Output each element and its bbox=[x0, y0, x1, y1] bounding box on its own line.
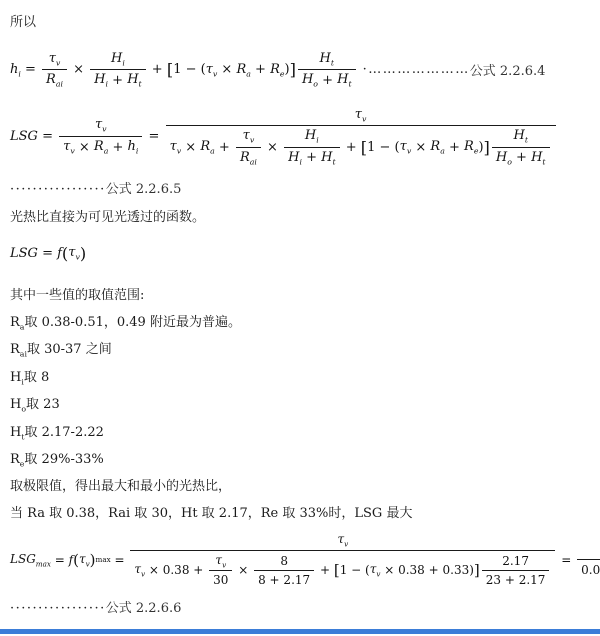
formula-2-2-6-4: hi = τvRai × HiHi + Ht + [1 − (τv × Ra +… bbox=[10, 51, 594, 89]
math-text: × 0.38 + bbox=[145, 563, 207, 577]
math-row: hi = τvRai × HiHi + Ht + [1 − (τv × Ra +… bbox=[10, 51, 545, 89]
math-var: LSGmax bbox=[10, 552, 51, 568]
math-subscript: i bbox=[136, 146, 139, 155]
math-text: 1 − ( bbox=[173, 62, 206, 77]
math-text: × 0.38 + 0.33) bbox=[380, 563, 474, 577]
fraction-numerator: τv bbox=[91, 117, 111, 135]
math-text: ] bbox=[290, 60, 296, 79]
math-var: Ra bbox=[430, 139, 444, 155]
variable-hi: Hi bbox=[10, 370, 24, 385]
value-line-ra: Ra取 0.38-0.51，0.49 附近最为普遍。 bbox=[10, 314, 594, 331]
math-var: Ra bbox=[10, 315, 24, 330]
math-subscript: v bbox=[362, 114, 366, 123]
math-fraction: τv0.0578 + 0.37344τv bbox=[577, 542, 600, 578]
math-text: + bbox=[318, 73, 337, 88]
fraction-numerator: τv bbox=[239, 128, 259, 146]
fraction-denominator: 30 bbox=[209, 570, 232, 587]
fraction-numerator: τv bbox=[45, 51, 65, 69]
math-row: Hi + Ht bbox=[288, 150, 336, 166]
value-line-ht: Ht取 2.17-2.22 bbox=[10, 424, 594, 441]
dots-leader: ················· bbox=[10, 601, 106, 616]
math-subscript: v bbox=[344, 540, 348, 549]
math-var: hi bbox=[10, 62, 21, 78]
fraction-denominator: τv × 0.38 + τv30 × 88 + 2.17 + [1 − (τv … bbox=[130, 550, 555, 588]
formula-2-2-6-5: LSG = τvτv × Ra + hi = τvτv × Ra + τvRai… bbox=[10, 107, 594, 166]
math-var: Re bbox=[464, 139, 478, 155]
math-text: + bbox=[215, 140, 234, 155]
math-fraction: HiHi + Ht bbox=[284, 128, 340, 166]
math-subscript: v bbox=[102, 125, 106, 134]
math-var: Hi bbox=[94, 72, 108, 88]
variable-ra: Ra bbox=[10, 315, 24, 330]
value-text: 取 8 bbox=[24, 370, 49, 385]
math-row: 0.0578 + 0.37344τv bbox=[581, 562, 600, 578]
math-var: Ho bbox=[496, 150, 512, 166]
math-fraction: τvRai bbox=[42, 51, 67, 89]
math-subscript: i bbox=[316, 136, 319, 145]
fraction-numerator: τv bbox=[334, 532, 353, 550]
math-var: Ho bbox=[302, 72, 318, 88]
math-text: + bbox=[302, 150, 321, 165]
value-text: 取 2.17-2.22 bbox=[24, 425, 103, 440]
math-subscript: t bbox=[139, 80, 142, 89]
math-row: Hi + Ht bbox=[94, 72, 142, 88]
math-text: + bbox=[316, 563, 334, 577]
math-text: 0.0578 + 0.37344 bbox=[581, 563, 600, 577]
math-fraction: τvτv × 0.38 + τv30 × 88 + 2.17 + [1 − (τ… bbox=[130, 532, 555, 587]
math-var: Re bbox=[270, 62, 284, 78]
math-var: τv bbox=[79, 552, 90, 568]
document-page: 所以 hi = τvRai × HiHi + Ht + [1 − (τv × R… bbox=[0, 0, 600, 636]
math-text: = bbox=[38, 246, 57, 261]
formula-lsg-function: LSG = f(τv) bbox=[10, 244, 594, 263]
math-var: LSG bbox=[10, 129, 38, 144]
math-fraction: τv30 bbox=[209, 553, 232, 588]
math-text: + bbox=[512, 150, 531, 165]
math-var: Rai bbox=[10, 342, 27, 357]
math-var: τv bbox=[49, 51, 61, 67]
dots-leader: ················· bbox=[10, 182, 106, 197]
fraction-denominator: Rai bbox=[236, 147, 261, 166]
paragraph-guangrebi: 光热比直接为可见光透过的函数。 bbox=[10, 209, 594, 226]
math-row: τv × Ra + hi bbox=[63, 139, 138, 155]
paragraph-dang: 当 Ra 取 0.38，Rai 取 30，Ht 取 2.17，Re 取 33%时… bbox=[10, 505, 594, 522]
dots-leader: ·………………… bbox=[363, 62, 470, 77]
math-var: τv bbox=[355, 107, 367, 123]
fraction-denominator: τv × Ra + τvRai × HiHi + Ht + [1 − (τv ×… bbox=[166, 125, 556, 166]
fraction-numerator: Ht bbox=[316, 51, 338, 69]
label-2-2-6-6: ·················公式 2.2.6.6 bbox=[10, 597, 594, 616]
math-var: Rai bbox=[240, 150, 257, 166]
math-var: hi bbox=[128, 139, 139, 155]
math-var: τv bbox=[63, 139, 75, 155]
math-text: + bbox=[251, 62, 270, 77]
math-fraction: τvτv × Ra + hi bbox=[59, 117, 142, 155]
math-var: Ra bbox=[236, 62, 250, 78]
formula-label: 公式 2.2.6.6 bbox=[106, 601, 182, 616]
math-text: × bbox=[181, 140, 200, 155]
math-text: 2.17 bbox=[502, 554, 529, 568]
math-row: τv × 0.38 + τv30 × 88 + 2.17 + [1 − (τv … bbox=[134, 553, 551, 588]
math-subscript: i bbox=[122, 59, 125, 68]
math-text: + bbox=[342, 140, 361, 155]
math-text: ] bbox=[484, 138, 490, 157]
math-text: 1 − ( bbox=[340, 563, 370, 577]
math-fraction: HiHi + Ht bbox=[90, 51, 146, 89]
value-text: 取 29%-33% bbox=[24, 452, 103, 467]
math-subscript: t bbox=[332, 157, 335, 166]
math-text: × bbox=[234, 563, 252, 577]
math-fraction: HtHo + Ht bbox=[298, 51, 356, 89]
math-var: Ht bbox=[531, 150, 545, 166]
math-var: Re bbox=[10, 452, 24, 467]
math-var: Ht bbox=[127, 72, 141, 88]
math-var: τv bbox=[338, 532, 349, 548]
math-text: × bbox=[217, 62, 236, 77]
math-var: τv bbox=[68, 245, 80, 261]
math-text: = bbox=[144, 129, 163, 144]
math-var: Ht bbox=[321, 150, 335, 166]
math-var: Ht bbox=[337, 72, 351, 88]
math-text: = bbox=[111, 553, 129, 567]
math-text: × bbox=[75, 140, 94, 155]
math-text: × bbox=[263, 140, 282, 155]
math-var: LSG bbox=[10, 246, 38, 261]
math-fraction: 2.1723 + 2.17 bbox=[482, 554, 550, 587]
math-text: × bbox=[69, 62, 88, 77]
fraction-denominator: Hi + Ht bbox=[284, 147, 340, 166]
fraction-denominator: τv × Ra + hi bbox=[59, 136, 142, 155]
math-fraction: 88 + 2.17 bbox=[254, 554, 314, 587]
math-text: = bbox=[38, 129, 57, 144]
math-var: Ht bbox=[320, 51, 334, 67]
math-text: ) bbox=[80, 244, 86, 263]
paragraph-qizhong: 其中一些值的取值范围: bbox=[10, 287, 594, 304]
value-line-re: Re取 29%-33% bbox=[10, 451, 594, 468]
math-var: Ra bbox=[94, 139, 108, 155]
math-subscript: t bbox=[525, 136, 528, 145]
math-var: Hi bbox=[305, 128, 319, 144]
value-text: 取 23 bbox=[26, 397, 60, 412]
value-line-ho: Ho取 23 bbox=[10, 396, 594, 413]
math-text: 8 + 2.17 bbox=[258, 573, 310, 587]
math-row: Ho + Ht bbox=[302, 72, 352, 88]
value-text: 取 0.38-0.51，0.49 附近最为普遍。 bbox=[24, 315, 241, 330]
math-text: × bbox=[411, 140, 430, 155]
math-var: τv bbox=[370, 562, 381, 578]
math-row: Ho + Ht bbox=[496, 150, 546, 166]
variable-rai: Rai bbox=[10, 342, 27, 357]
formula-label: 公式 2.2.6.5 bbox=[106, 182, 182, 197]
math-var: τv bbox=[243, 128, 255, 144]
math-subscript: t bbox=[331, 59, 334, 68]
label-2-2-6-5: ·················公式 2.2.6.5 bbox=[10, 178, 594, 197]
math-row: LSG = f(τv) bbox=[10, 244, 86, 263]
paragraph-qujixian: 取极限值，得出最大和最小的光热比， bbox=[10, 478, 594, 495]
math-row: LSGmax = f(τv)max = τvτv × 0.38 + τv30 ×… bbox=[10, 532, 600, 587]
variable-re: Re bbox=[10, 452, 24, 467]
bottom-accent-bar bbox=[0, 629, 600, 634]
fraction-numerator: 8 bbox=[276, 554, 292, 570]
math-var: τv bbox=[206, 62, 218, 78]
fraction-denominator: Rai bbox=[42, 69, 67, 88]
math-row: τv × Ra + τvRai × HiHi + Ht + [1 − (τv ×… bbox=[170, 128, 552, 166]
math-var: Ht bbox=[10, 425, 24, 440]
fraction-denominator: Ho + Ht bbox=[298, 69, 356, 88]
value-text: 取 30-37 之间 bbox=[27, 342, 112, 357]
math-var: Ht bbox=[513, 128, 527, 144]
fraction-numerator: 2.17 bbox=[498, 554, 533, 570]
formula-label: 公式 2.2.6.4 bbox=[470, 60, 546, 79]
math-text: + bbox=[108, 140, 127, 155]
fraction-denominator: 8 + 2.17 bbox=[254, 570, 314, 587]
math-text: = bbox=[21, 62, 40, 77]
math-var: τv bbox=[215, 553, 226, 569]
variable-ht: Ht bbox=[10, 425, 24, 440]
math-var: τv bbox=[400, 139, 412, 155]
math-subscript: t bbox=[542, 157, 545, 166]
math-fraction: HtHo + Ht bbox=[492, 128, 550, 166]
math-var: τv bbox=[170, 139, 182, 155]
fraction-denominator: Ho + Ht bbox=[492, 147, 550, 166]
math-text: + bbox=[108, 73, 127, 88]
math-subscript: v bbox=[56, 59, 60, 68]
variable-ho: Ho bbox=[10, 397, 26, 412]
math-text: = bbox=[51, 553, 69, 567]
math-text: + bbox=[148, 62, 167, 77]
fraction-denominator: 0.0578 + 0.37344τv bbox=[577, 559, 600, 578]
math-text: ] bbox=[474, 561, 480, 579]
math-subscript: v bbox=[222, 560, 226, 569]
fraction-numerator: Hi bbox=[301, 128, 323, 146]
math-var: Ho bbox=[10, 397, 26, 412]
math-var: τv bbox=[95, 117, 107, 133]
math-row: LSG = τvτv × Ra + hi = τvτv × Ra + τvRai… bbox=[10, 107, 558, 166]
formula-2-2-6-6: LSGmax = f(τv)max = τvτv × 0.38 + τv30 ×… bbox=[10, 532, 594, 587]
math-text: 23 + 2.17 bbox=[486, 573, 546, 587]
math-var: Hi bbox=[111, 51, 125, 67]
math-text: 30 bbox=[213, 573, 228, 587]
fraction-denominator: 23 + 2.17 bbox=[482, 570, 550, 587]
math-subscript: ai bbox=[250, 157, 257, 166]
math-var: Hi bbox=[288, 150, 302, 166]
math-subscript: max bbox=[36, 559, 51, 568]
math-text: + bbox=[445, 140, 464, 155]
fraction-denominator: Hi + Ht bbox=[90, 69, 146, 88]
math-text: 1 − ( bbox=[367, 140, 400, 155]
math-fraction: τvτv × Ra + τvRai × HiHi + Ht + [1 − (τv… bbox=[166, 107, 556, 166]
math-subscript: ai bbox=[56, 80, 63, 89]
value-line-hi: Hi取 8 bbox=[10, 369, 594, 386]
math-subscript: t bbox=[349, 80, 352, 89]
fraction-numerator: τv bbox=[351, 107, 371, 125]
math-fraction: τvRai bbox=[236, 128, 261, 166]
fraction-numerator: τv bbox=[211, 553, 230, 571]
math-text: 8 bbox=[280, 554, 288, 568]
math-subscript: ai bbox=[20, 350, 27, 359]
fraction-numerator: Ht bbox=[509, 128, 531, 146]
math-var: Rai bbox=[46, 72, 63, 88]
math-var: Hi bbox=[10, 370, 24, 385]
paragraph-suoyi: 所以 bbox=[10, 14, 594, 31]
math-subscript: v bbox=[250, 136, 254, 145]
fraction-numerator: Hi bbox=[107, 51, 129, 69]
math-subscript: max bbox=[96, 556, 111, 563]
math-var: τv bbox=[134, 562, 145, 578]
value-line-rai: Rai取 30-37 之间 bbox=[10, 341, 594, 358]
math-text: = bbox=[557, 553, 575, 567]
math-var: Ra bbox=[200, 139, 214, 155]
